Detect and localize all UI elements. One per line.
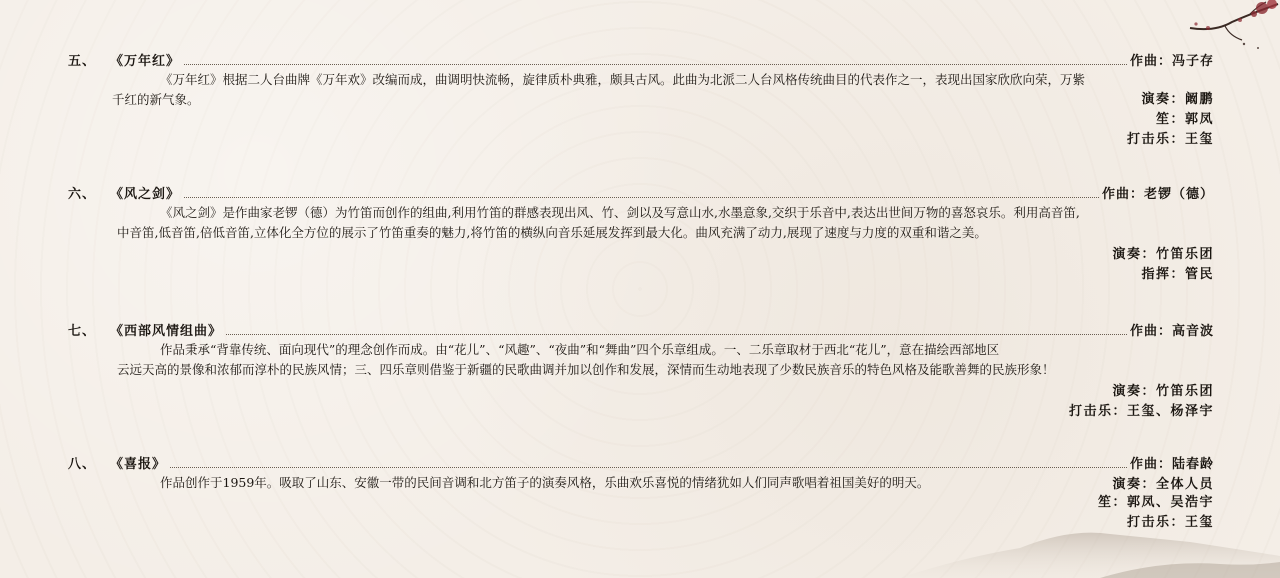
performer-credits: 演奏：竹笛乐团 打击乐：王玺、杨泽宇 [68,382,1214,422]
credit-line: 演奏：竹笛乐团 [68,382,1214,402]
piece-number: 六、 [68,183,110,202]
dotted-leader [170,466,1127,468]
description-line: 作品创作于1959年。吸取了山东、安徽一带的民间音调和北方笛子的演奏风格，乐曲欢… [160,473,1214,493]
piece-description: 作品秉承“背靠传统、面向现代”的理念创作而成。由“花儿”、“风趣”、“夜曲”和“… [160,340,1214,380]
program-item: 八、 《喜报》 作曲：陆春龄 作品创作于1959年。吸取了山东、安徽一带的民间音… [68,453,1214,533]
dotted-leader [226,333,1127,335]
credit-line: 打击乐：王玺 [68,513,1214,533]
piece-title: 《万年红》 [110,50,180,69]
performer-credit: 演奏：全体人员 [1112,473,1214,492]
credit-line: 打击乐：王玺 [68,130,1214,150]
piece-number: 七、 [68,320,110,339]
credit-line: 打击乐：王玺、杨泽宇 [68,402,1214,422]
piece-header: 七、 《西部风情组曲》 作曲：高音波 [68,320,1214,340]
piece-title: 《西部风情组曲》 [110,320,222,339]
description-line: 《风之剑》是作曲家老锣（德）为竹笛而创作的组曲,利用竹笛的群感表现出风、竹、剑以… [160,203,1214,223]
description-line: 作品秉承“背靠传统、面向现代”的理念创作而成。由“花儿”、“风趣”、“夜曲”和“… [160,340,1214,360]
piece-description: 《风之剑》是作曲家老锣（德）为竹笛而创作的组曲,利用竹笛的群感表现出风、竹、剑以… [160,203,1214,243]
description-line: 云远天高的景像和浓郁而淳朴的民族风情；三、四乐章则借鉴于新疆的民歌曲调并加以创作… [117,360,1214,380]
composer-credit: 作曲：冯子存 [1130,50,1214,69]
credit-line: 演奏：竹笛乐团 [68,245,1214,265]
credit-line: 指挥：管民 [68,265,1214,285]
credit-line: 笙：郭凤、吴浩宇 [68,493,1214,513]
program-item: 五、 《万年红》 作曲：冯子存 《万年红》根据二人台曲牌《万年欢》改编而成，曲调… [68,50,1214,150]
piece-header: 八、 《喜报》 作曲：陆春龄 [68,453,1214,473]
credit-line: 演奏：阚鹏 [68,90,1214,110]
performer-credits: 演奏：竹笛乐团 指挥：管民 [68,245,1214,285]
composer-credit: 作曲：高音波 [1130,320,1214,339]
piece-description: 作品创作于1959年。吸取了山东、安徽一带的民间音调和北方笛子的演奏风格，乐曲欢… [160,473,1214,493]
credit-line: 笙：郭凤 [68,110,1214,130]
performer-credits: 演奏：阚鹏 笙：郭凤 打击乐：王玺 [68,90,1214,150]
piece-number: 八、 [68,453,110,472]
program-item: 六、 《风之剑》 作曲：老锣（德） 《风之剑》是作曲家老锣（德）为竹笛而创作的组… [68,183,1214,285]
piece-number: 五、 [68,50,110,69]
dotted-leader [184,63,1127,65]
piece-title: 《喜报》 [110,453,166,472]
composer-credit: 作曲：陆春龄 [1130,453,1214,472]
piece-title: 《风之剑》 [110,183,180,202]
program-item: 七、 《西部风情组曲》 作曲：高音波 作品秉承“背靠传统、面向现代”的理念创作而… [68,320,1214,422]
piece-header: 六、 《风之剑》 作曲：老锣（德） [68,183,1214,203]
piece-header: 五、 《万年红》 作曲：冯子存 [68,50,1214,70]
description-line: 《万年红》根据二人台曲牌《万年欢》改编而成，曲调明快流畅，旋律质朴典雅，颇具古风… [160,70,1214,90]
performer-credits: 笙：郭凤、吴浩宇 打击乐：王玺 [68,493,1214,533]
composer-credit: 作曲：老锣（德） [1102,183,1214,202]
description-line: 中音笛,低音笛,倍低音笛,立体化全方位的展示了竹笛重奏的魅力,将竹笛的横纵向音乐… [117,223,1214,243]
dotted-leader [184,196,1099,198]
